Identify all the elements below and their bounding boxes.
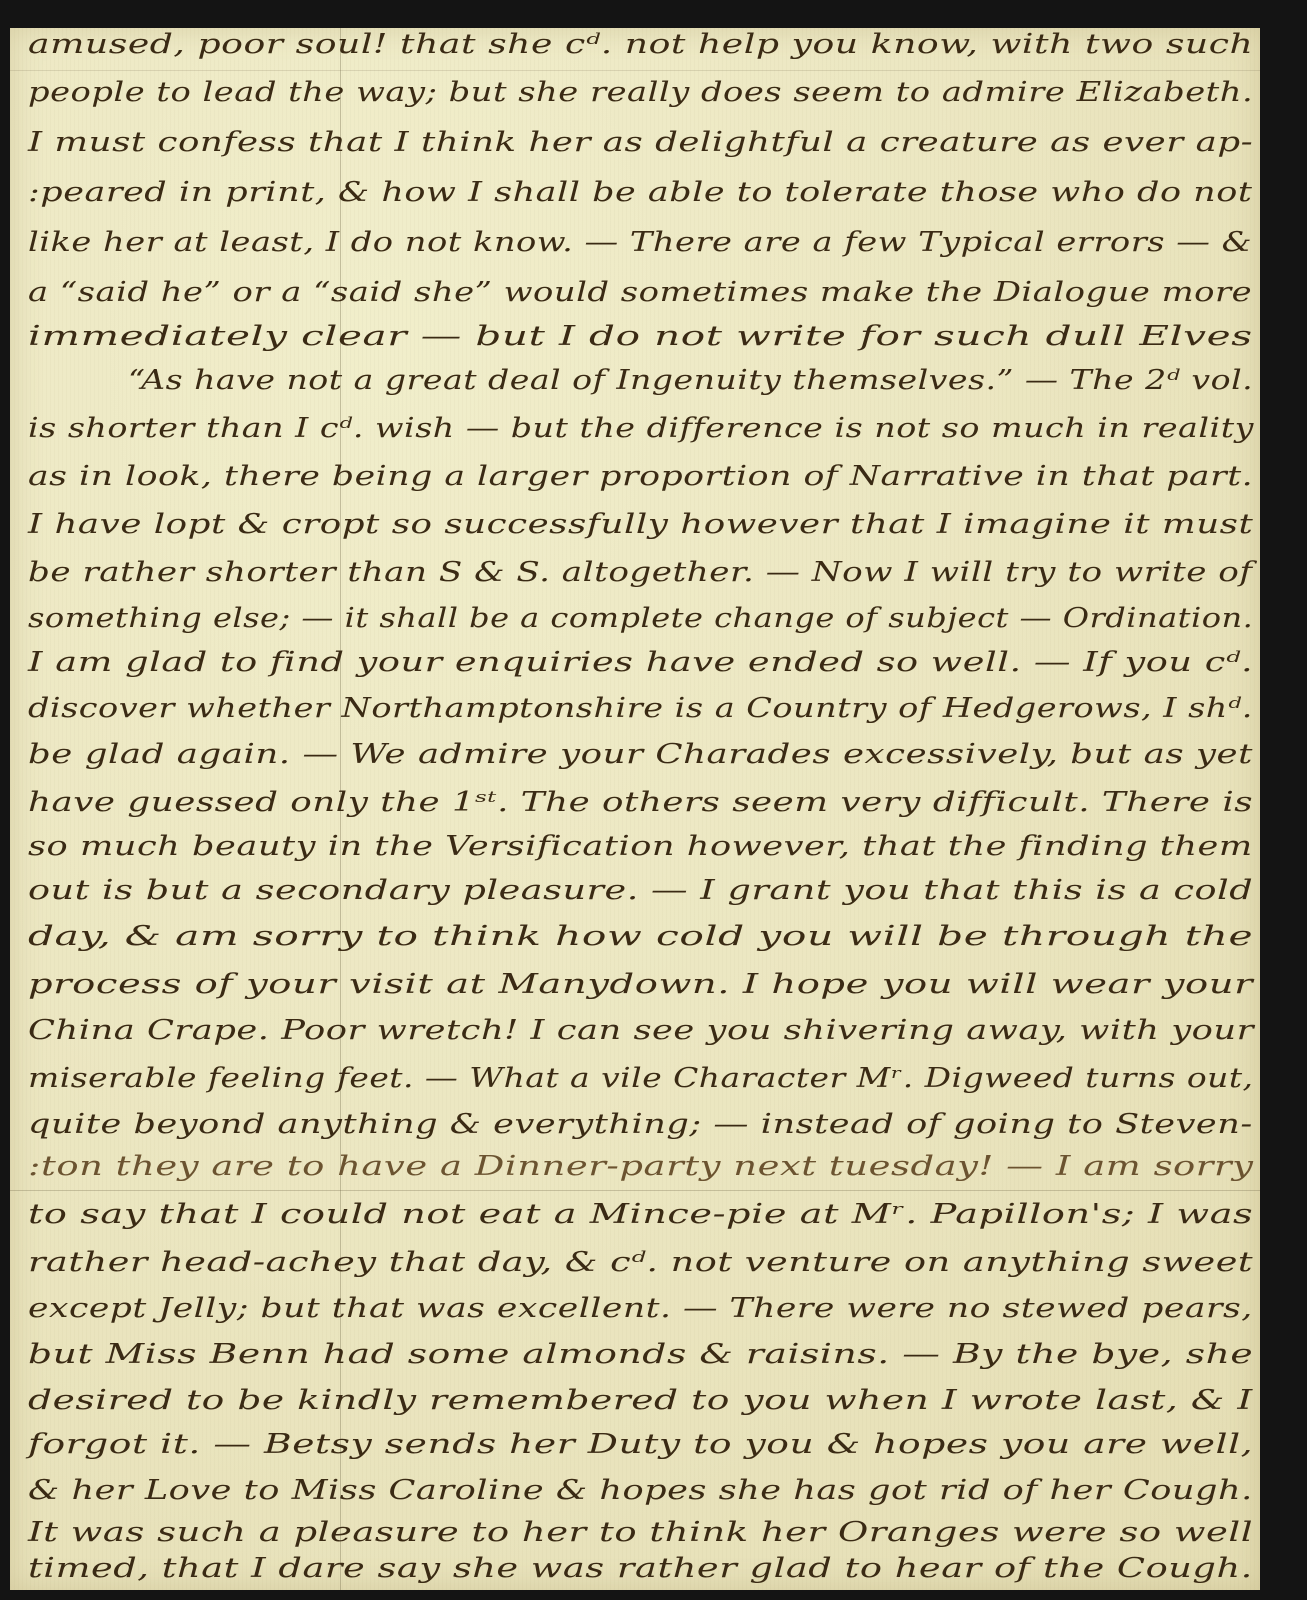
handwritten-line: discover whether Northamptonshire is a C… [28,694,1253,724]
handwritten-line: be rather shorter than S & S. altogether… [28,558,1253,588]
handwritten-line: amused, poor soul! that she cᵈ. not help… [28,30,1253,60]
handwritten-line: like her at least, I do not know. — Ther… [28,228,1252,258]
handwritten-line: It was such a pleasure to her to think h… [28,1518,1253,1548]
handwritten-line: but Miss Benn had some almonds & raisins… [28,1340,1253,1370]
handwritten-line: is shorter than I cᵈ. wish — but the dif… [28,414,1254,444]
upper-fold-line [10,70,1260,71]
handwritten-line: & her Love to Miss Caroline & hopes she … [28,1476,1253,1506]
handwritten-line: “As have not a great deal of Ingenuity t… [128,366,1253,396]
handwritten-line: miserable feeling feet. — What a vile Ch… [28,1064,1254,1094]
handwritten-line: timed, that I dare say she was rather gl… [28,1554,1253,1584]
handwritten-line: quite beyond anything & everything; — in… [28,1110,1253,1140]
handwritten-line: to say that I could not eat a Mince-pie … [28,1200,1253,1230]
handwritten-line: have guessed only the 1ˢᵗ. The others se… [28,788,1253,818]
handwritten-line: forgot it. — Betsy sends her Duty to you… [28,1430,1253,1460]
handwritten-line: people to lead the way; but she really d… [28,78,1253,108]
handwritten-line: be glad again. — We admire your Charades… [28,740,1253,770]
handwritten-line: immediately clear — but I do not write f… [28,322,1253,352]
handwritten-line: out is but a secondary pleasure. — I gra… [28,876,1253,906]
handwritten-line: China Crape. Poor wretch! I can see you … [28,1016,1254,1046]
handwritten-line: rather head-achey that day, & cᵈ. not ve… [28,1248,1253,1278]
handwritten-line: day, & am sorry to think how cold you wi… [28,922,1253,952]
handwritten-line: :ton they are to have a Dinner-party nex… [28,1152,1254,1182]
letter-page: amused, poor soul! that she cᵈ. not help… [10,28,1260,1590]
handwritten-line: a “said he” or a “said she” would someti… [28,278,1252,308]
handwritten-line: process of your visit at Manydown. I hop… [28,970,1253,1000]
handwritten-line: so much beauty in the Versification howe… [28,832,1253,862]
scan-background: amused, poor soul! that she cᵈ. not help… [0,0,1307,1600]
handwritten-line: I have lopt & cropt so successfully howe… [28,510,1253,540]
handwritten-line: I must confess that I think her as delig… [28,128,1253,158]
handwritten-line: something else; — it shall be a complete… [28,604,1253,634]
handwritten-line: except Jelly; but that was excellent. — … [28,1294,1253,1324]
horizontal-fold-line [10,1190,1260,1191]
handwritten-line: I am glad to find your enquiries have en… [28,648,1253,678]
handwritten-line: as in look, there being a larger proport… [28,462,1253,492]
handwritten-line: :peared in print, & how I shall be able … [28,178,1252,208]
handwritten-line: desired to be kindly remembered to you w… [28,1386,1253,1416]
